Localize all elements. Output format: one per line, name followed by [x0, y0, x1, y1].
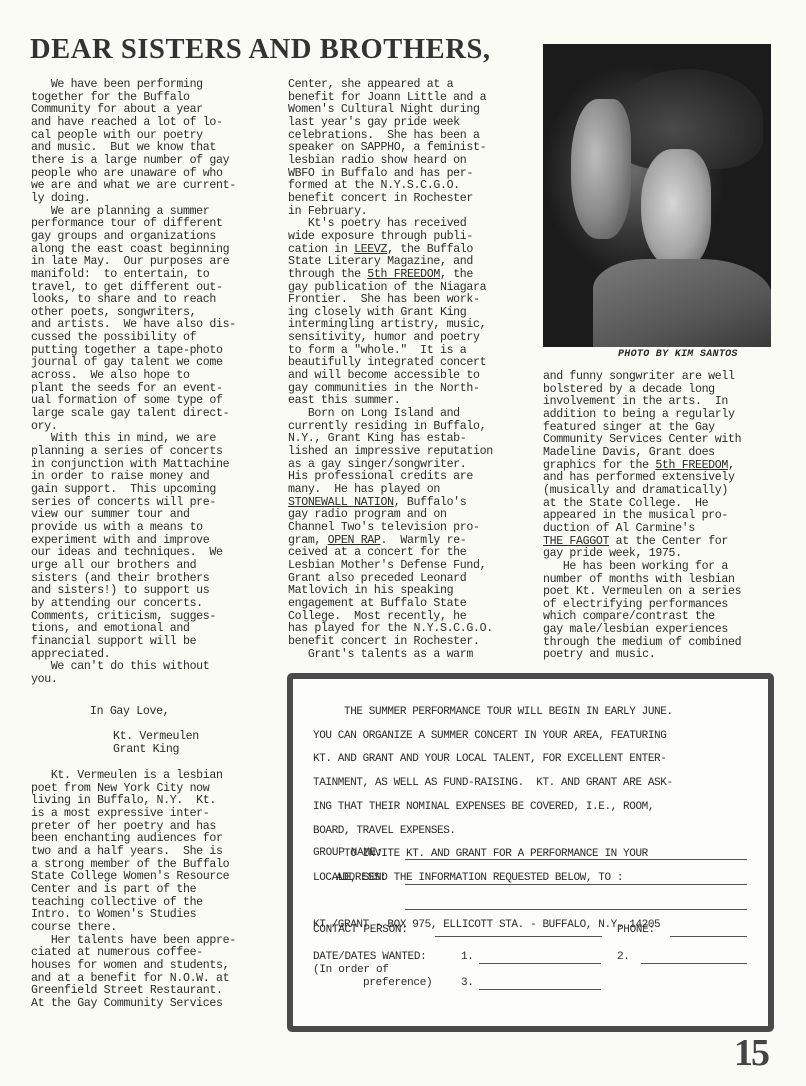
text-line — [313, 896, 673, 909]
signoff-closing: In Gay Love, — [90, 706, 169, 719]
text-line: benefit concert in Rochester — [288, 193, 493, 206]
text-line: in late May. Our purposes are — [31, 256, 236, 269]
text-line: gay male/lesbian experiences — [543, 624, 741, 637]
text-line: urge all our brothers and — [31, 560, 236, 573]
text-line: cussed the possibility of — [31, 332, 236, 345]
text-line: is a most expressive inter- — [31, 808, 236, 821]
address-field-line-1[interactable] — [405, 884, 747, 885]
text-line: across. We also hope to — [31, 370, 236, 383]
underlined-title: OPEN RAP — [328, 534, 381, 547]
text-line: Grant's talents as a warm — [288, 649, 493, 662]
text-line: Intro. to Women's Studies — [31, 909, 236, 922]
text-line: gay pride week, 1975. — [543, 548, 741, 561]
text-line: last year's gay pride week — [288, 117, 493, 130]
group-name-label: GROUP NAME: — [313, 847, 382, 859]
text-line: and sisters!) to support us — [31, 585, 236, 598]
text-line: wide exposure through publi- — [288, 231, 493, 244]
photo-shirt-shape — [593, 259, 771, 347]
contact-person-field[interactable] — [435, 936, 602, 937]
text-line: TAINMENT, AS WELL AS FUND-RAISING. KT. A… — [313, 777, 673, 790]
text-line: YOU CAN ORGANIZE A SUMMER CONCERT IN YOU… — [313, 730, 673, 743]
article-heading: DEAR SISTERS AND BROTHERS, — [30, 34, 491, 66]
address-field-line-2[interactable] — [405, 909, 747, 910]
underlined-title: THE FAGGOT — [543, 535, 609, 548]
date-1-field[interactable] — [479, 963, 601, 964]
text-line: provide us with a means to — [31, 522, 236, 535]
address-label: ADDRESS: — [336, 872, 386, 884]
text-line: poetry and music. — [543, 649, 741, 662]
text-line: large scale gay talent direct- — [31, 408, 236, 421]
text-line: State College Women's Resource — [31, 871, 236, 884]
text-line: Center and is part of the — [31, 884, 236, 897]
text-line: Channel Two's television pro- — [288, 522, 493, 535]
text-line: engagement at Buffalo State — [288, 598, 493, 611]
text-line: Kt's poetry has received — [288, 218, 493, 231]
date-3-field[interactable] — [479, 989, 601, 990]
contact-person-label: CONTACT PERSON: — [313, 924, 408, 936]
underlined-title: 5th FREEDOM — [367, 268, 440, 281]
date-2-field[interactable] — [641, 963, 747, 964]
text-line: Matlovich in his speaking — [288, 585, 493, 598]
order-note-2: preference) — [363, 977, 432, 989]
invitation-form-box: THE SUMMER PERFORMANCE TOUR WILL BEGIN I… — [287, 673, 774, 1032]
text-line: we are and what we are current- — [31, 180, 236, 193]
bio-column-1: Kt. Vermeulen is a lesbianpoet from New … — [31, 770, 236, 1010]
text-line: KT. AND GRANT AND YOUR LOCAL TALENT, FOR… — [313, 753, 673, 766]
text-line: ly doing. — [31, 193, 236, 206]
date-1-label: 1. — [461, 951, 474, 963]
signoff-name-kt: Kt. Vermeulen — [113, 731, 199, 744]
text-line: lesbian radio show heard on — [288, 155, 493, 168]
text-line: manifold: to entertain, to — [31, 269, 236, 282]
text-line: benefit concert in Rochester. — [288, 636, 493, 649]
portrait-photo — [543, 44, 771, 347]
text-line: Center, she appeared at a — [288, 79, 493, 92]
text-line: lished an impressive reputation — [288, 446, 493, 459]
text-line: has played for the N.Y.S.C.G.O. — [288, 623, 493, 636]
text-line: and has performed extensively — [543, 472, 741, 485]
text-line: and have reached a lot of lo- — [31, 117, 236, 130]
text-line: He has been working for a — [543, 561, 741, 574]
photo-face-left — [571, 99, 631, 239]
invitation-text: THE SUMMER PERFORMANCE TOUR WILL BEGIN I… — [313, 695, 673, 943]
text-line: Frontier. She has been work- — [288, 294, 493, 307]
text-line: (musically and dramatically) — [543, 485, 741, 498]
text-line: by attending our concerts. — [31, 598, 236, 611]
group-name-field[interactable] — [405, 859, 747, 860]
text-line: planning a series of concerts — [31, 446, 236, 459]
photo-face-right — [641, 149, 711, 269]
text-line: and will become accessible to — [288, 370, 493, 383]
bio-column-3: and funny songwriter are wellbolstered b… — [543, 371, 741, 662]
text-line: financial support will be — [31, 636, 236, 649]
text-line: two and a half years. She is — [31, 846, 236, 859]
text-line: Kt. Vermeulen is a lesbian — [31, 770, 236, 783]
dates-wanted-label: DATE/DATES WANTED: — [313, 951, 426, 963]
text-line: houses for women and students, — [31, 960, 236, 973]
underlined-title: STONEWALL NATION — [288, 496, 394, 509]
signoff-name-grant: Grant King — [113, 744, 179, 757]
text-line: formed at the N.Y.S.C.G.O. — [288, 180, 493, 193]
text-line: We have been performing — [31, 79, 236, 92]
text-line: At the Gay Community Services — [31, 998, 236, 1011]
order-note-1: (In order of — [313, 964, 389, 976]
text-line: appeared in the musical pro- — [543, 510, 741, 523]
text-line: through the 5th FREEDOM, the — [288, 269, 493, 282]
text-line: gay groups and organizations — [31, 231, 236, 244]
date-3-label: 3. — [461, 977, 474, 989]
text-line: gain support. This upcoming — [31, 484, 236, 497]
text-line: you. — [31, 674, 236, 687]
text-line: addition to being a regularly — [543, 409, 741, 422]
text-line: course there. — [31, 922, 236, 935]
text-line: there is a large number of gay — [31, 155, 236, 168]
date-2-label: 2. — [617, 951, 630, 963]
photo-credit: PHOTO BY KIM SANTOS — [618, 349, 738, 360]
text-line: sensitivity, humor and poetry — [288, 332, 493, 345]
text-line: performance tour of different — [31, 218, 236, 231]
text-line: and funny songwriter are well — [543, 371, 741, 384]
text-line: Greenfield Street Restaurant. — [31, 985, 236, 998]
text-line: We can't do this without — [31, 661, 236, 674]
text-line: ciated at numerous coffee- — [31, 947, 236, 960]
text-line: Lesbian Mother's Defense Fund, — [288, 560, 493, 573]
text-line: looks, to share and to reach — [31, 294, 236, 307]
phone-label: PHONE: — [617, 924, 655, 936]
text-line: tions, and emotional and — [31, 623, 236, 636]
underlined-title: 5th FREEDOM — [655, 459, 728, 472]
text-line: Born on Long Island and — [288, 408, 493, 421]
underlined-title: LEEVZ — [354, 243, 387, 256]
phone-field[interactable] — [670, 936, 747, 937]
text-line: poet Kt. Vermeulen on a series — [543, 586, 741, 599]
bio-column-2: Center, she appeared at abenefit for Joa… — [288, 79, 493, 661]
letter-column-1: We have been performingtogether for the … — [31, 79, 236, 687]
text-line: THE SUMMER PERFORMANCE TOUR WILL BEGIN I… — [313, 706, 673, 719]
text-line: BOARD, TRAVEL EXPENSES. — [313, 825, 673, 838]
text-line: ING THAT THEIR NOMINAL EXPENSES BE COVER… — [313, 801, 673, 814]
page-number: 15 — [734, 1031, 768, 1075]
